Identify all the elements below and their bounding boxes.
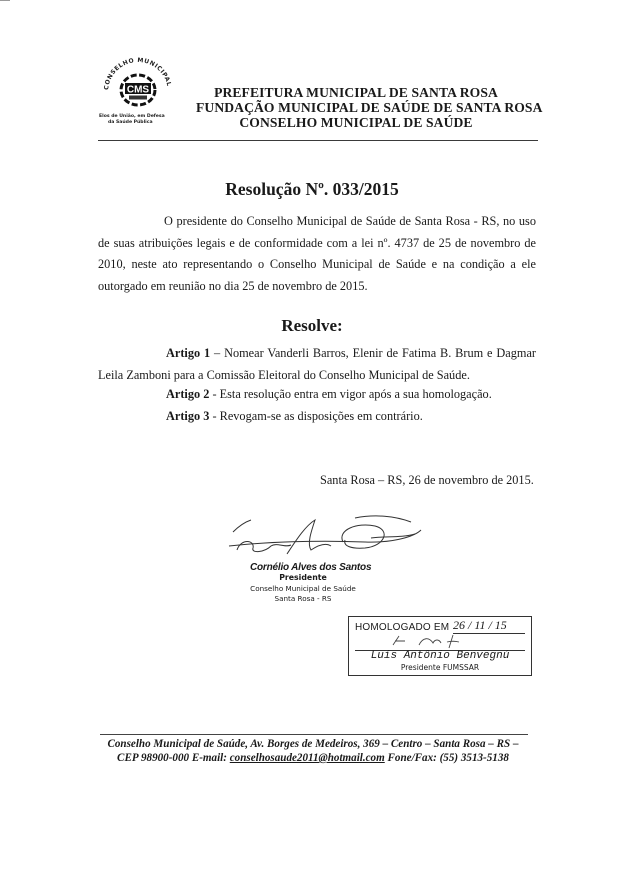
- handwritten-signature: [225, 512, 435, 567]
- cms-logo: CONSELHO MUNICIPAL DE SAÚDE CMS Elos de …: [86, 52, 190, 132]
- stamp-role: Presidente FUMSSAR: [349, 663, 531, 672]
- footer-phone: Fone/Fax: (55) 3513-5138: [385, 752, 509, 764]
- article-1-separator: –: [210, 346, 224, 360]
- article-2-separator: -: [209, 387, 219, 401]
- header-conselho: CONSELHO MUNICIPAL DE SAÚDE: [196, 115, 516, 131]
- article-1-label: Artigo 1: [166, 346, 210, 360]
- footer-contact: CEP 98900-000 E-mail: conselhosaude2011@…: [80, 752, 546, 764]
- stamp-initials: [389, 633, 479, 649]
- article-1: Artigo 1 – Nomear Vanderli Barros, Eleni…: [98, 343, 536, 386]
- signer-city: Santa Rosa - RS: [238, 594, 368, 603]
- stamp-label: HOMOLOGADO EM: [355, 622, 449, 633]
- footer-email-link[interactable]: conselhosaude2011@hotmail.com: [230, 752, 385, 764]
- logo-caption-1: Elos de União, em Defesa: [99, 113, 165, 119]
- article-3-label: Artigo 3: [166, 409, 209, 423]
- article-2-label: Artigo 2: [166, 387, 209, 401]
- article-3: Artigo 3 - Revogam-se as disposições em …: [166, 409, 423, 424]
- place-date: Santa Rosa – RS, 26 de novembro de 2015.: [320, 473, 534, 488]
- article-1-text: Nomear Vanderli Barros, Elenir de Fatima…: [98, 346, 536, 382]
- stamp-date: 26 / 11 / 15: [453, 618, 525, 634]
- stamp-name: Luís Antônio Benvegnú: [349, 650, 531, 662]
- footer-cep: CEP 98900-000 E-mail:: [117, 752, 230, 764]
- intro-text: O presidente do Conselho Municipal de Sa…: [98, 214, 536, 293]
- logo-center-text: CMS: [127, 85, 150, 96]
- scan-artifact: [0, 0, 10, 1]
- resolve-heading: Resolve:: [0, 316, 624, 336]
- article-3-separator: -: [209, 409, 219, 423]
- homologation-stamp: HOMOLOGADO EM 26 / 11 / 15 Luís Antônio …: [348, 616, 532, 676]
- intro-paragraph: O presidente do Conselho Municipal de Sa…: [98, 211, 536, 297]
- signer-organization: Conselho Municipal de Saúde: [238, 584, 368, 593]
- footer-divider: [100, 734, 528, 735]
- signer-name: Cornélio Alves dos Santos: [250, 562, 371, 573]
- header-divider: [98, 140, 538, 141]
- resolution-title: Resolução Nº. 033/2015: [0, 179, 624, 200]
- logo-caption-2: da Saúde Pública: [108, 118, 153, 125]
- header-prefeitura: PREFEITURA MUNICIPAL DE SANTA ROSA: [196, 85, 516, 101]
- article-2-text: Esta resolução entra em vigor após a sua…: [220, 387, 492, 401]
- header-fundacao: FUNDAÇÃO MUNICIPAL DE SAÚDE DE SANTA ROS…: [196, 100, 516, 116]
- article-2: Artigo 2 - Esta resolução entra em vigor…: [166, 387, 492, 402]
- signer-role: Presidente: [238, 573, 368, 582]
- footer-address: Conselho Municipal de Saúde, Av. Borges …: [80, 738, 546, 750]
- article-3-text: Revogam-se as disposições em contrário.: [220, 409, 423, 423]
